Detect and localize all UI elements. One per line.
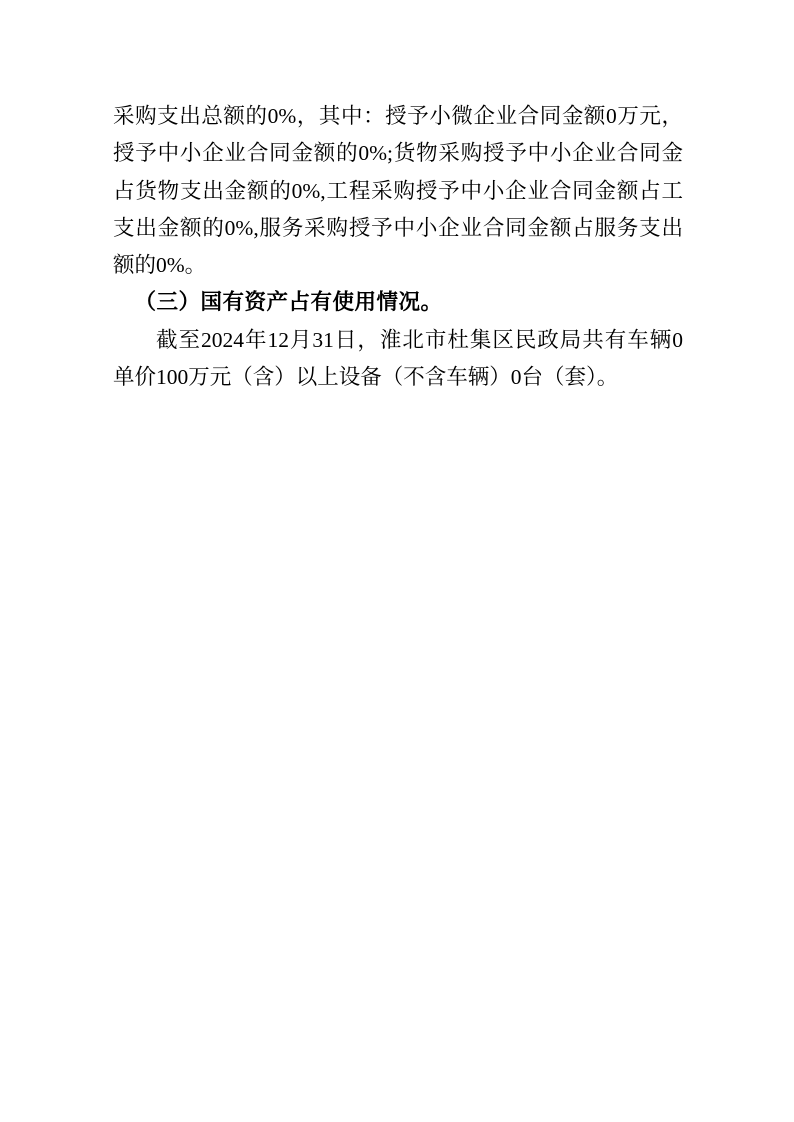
section-heading: （三）国有资产占有使用情况。: [113, 284, 683, 321]
text-line: 单价100万元（含）以上设备（不含车辆）0台（套）。: [113, 359, 683, 396]
assets-paragraph: 截至2024年12月31日，淮北市杜集区民政局共有车辆0辆; 单价100万元（含…: [113, 322, 683, 397]
procurement-paragraph: 采购支出总额的0%，其中：授予小微企业合同金额0万元，占 授予中小企业合同金额的…: [113, 98, 683, 284]
document-page: 采购支出总额的0%，其中：授予小微企业合同金额0万元，占 授予中小企业合同金额的…: [0, 0, 794, 1122]
text-line: 授予中小企业合同金额的0%;货物采购授予中小企业合同金额: [113, 135, 683, 172]
text-line: 采购支出总额的0%，其中：授予小微企业合同金额0万元，占: [113, 98, 683, 135]
text-line: 额的0%。: [113, 247, 683, 284]
text-line: 占货物支出金额的0%,工程采购授予中小企业合同金额占工程: [113, 173, 683, 210]
text-line: 支出金额的0%,服务采购授予中小企业合同金额占服务支出金: [113, 210, 683, 247]
text-line: 截至2024年12月31日，淮北市杜集区民政局共有车辆0辆;: [113, 322, 683, 359]
